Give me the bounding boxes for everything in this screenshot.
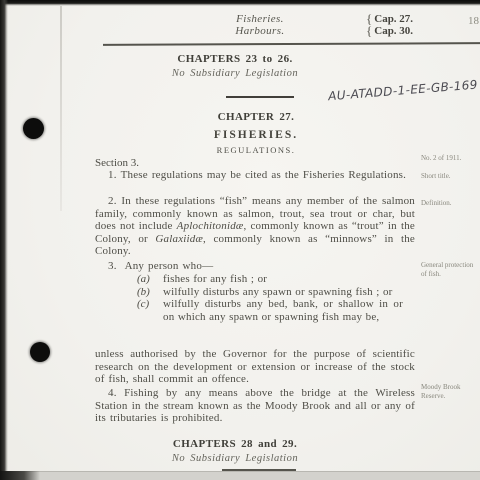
regulation-1-number: 1.: [108, 169, 117, 181]
fisheries-title: FISHERIES.: [95, 129, 417, 141]
regulation-3-continuation: unless authorised by the Governor for th…: [95, 348, 415, 386]
cap-ref-line-27: { Cap. 27.: [366, 13, 413, 25]
cap-references: { Cap. 27. { Cap. 30.: [366, 13, 413, 37]
scanned-document-page: Fisheries. Harbours. { Cap. 27. { Cap. 3…: [0, 0, 480, 480]
margin-note-definition: Definition.: [421, 199, 479, 208]
no-subsidiary-legislation-note-bottom: No Subsidiary Legislation: [75, 453, 395, 464]
punch-hole-top: [23, 118, 44, 139]
margin-note-short-title: Short title.: [421, 172, 479, 181]
separator-rule-top: [226, 96, 294, 98]
subitem-b-label: (b): [137, 286, 163, 299]
chapter-27-heading: CHAPTER 27.: [95, 111, 417, 123]
running-titles: Fisheries. Harbours.: [185, 13, 335, 37]
scan-bottom-band: [0, 471, 480, 480]
regulation-4-text: Fishing by any means above the bridge at…: [95, 387, 415, 424]
subitem-b-text: wilfully disturbs any spawn or spawning …: [163, 286, 403, 299]
handwritten-archive-code: AU-ATADD-1-EE-GB-169: [328, 77, 480, 104]
no-subsidiary-legislation-note: No Subsidiary Legislation: [75, 68, 395, 79]
subitem-a-text: fishes for any fish ; or: [163, 273, 403, 286]
scan-bottom-left-corner: [0, 471, 40, 480]
scan-left-edge: [0, 0, 8, 480]
regulation-2-paragraph: 2. In these regulations “fish” means any…: [95, 195, 415, 258]
subitem-c: (c) wilfully disturbs any bed, bank, or …: [95, 298, 415, 323]
brace-glyph: {: [366, 25, 372, 37]
section-label: Section 3.: [95, 157, 139, 169]
subitem-b: (b) wilfully disturbs any spawn or spawn…: [95, 286, 415, 299]
front-matter-block: CHAPTERS 23 to 26. No Subsidiary Legisla…: [75, 53, 395, 79]
separator-rule-bottom: [222, 469, 296, 471]
chapters-28-29-heading: CHAPTERS 28 and 29.: [75, 438, 395, 450]
subitem-a: (a) fishes for any fish ; or: [95, 273, 415, 286]
back-matter-block: CHAPTERS 28 and 29. No Subsidiary Legisl…: [75, 438, 395, 464]
subitem-a-label: (a): [137, 273, 163, 286]
subitem-c-text: wilfully disturbs any bed, bank, or shal…: [163, 298, 403, 323]
subitem-c-label: (c): [137, 298, 163, 323]
regulation-2-number: 2.: [108, 195, 117, 207]
header-rule: [103, 42, 480, 46]
regulation-1-text: These regulations may be cited as the Fi…: [121, 169, 406, 181]
margin-note-moody-brook: Moody Brook Reserve.: [421, 383, 479, 400]
regulation-3-intro: 3. Any person who—: [95, 260, 415, 273]
running-title-harbours: Harbours.: [185, 25, 335, 37]
punch-hole-bottom: [30, 342, 50, 362]
chapter-27-heading-block: CHAPTER 27. FISHERIES. REGULATIONS.: [95, 111, 417, 155]
regulation-4-paragraph: 4. Fishing by any means above the bridge…: [95, 387, 415, 425]
scan-top-edge: [0, 0, 480, 6]
species-name-aplochitonidae: Aplochitonidæ: [177, 220, 244, 232]
cap-ref-27: Cap. 27.: [374, 13, 413, 25]
regulation-3-number: 3.: [108, 260, 117, 272]
page-crease-line: [60, 6, 62, 211]
regulation-4-number: 4.: [108, 387, 117, 399]
cap-ref-30: Cap. 30.: [374, 25, 413, 37]
running-title-fisheries: Fisheries.: [185, 13, 335, 25]
page-number: 18: [468, 15, 480, 27]
species-name-galaxiidae: Galaxiidæ: [155, 233, 203, 245]
regulations-subtitle: REGULATIONS.: [95, 145, 417, 155]
cap-ref-line-30: { Cap. 30.: [366, 25, 413, 37]
chapters-23-26-heading: CHAPTERS 23 to 26.: [75, 53, 395, 65]
regulation-3-intro-text: Any person who—: [125, 260, 214, 272]
regulation-1-paragraph: 1. These regulations may be cited as the…: [95, 169, 415, 182]
margin-note-ordinance-ref: No. 2 of 1911.: [421, 154, 479, 163]
margin-note-general-protection: General protection of fish.: [421, 261, 479, 278]
regulation-3-subitems: (a) fishes for any fish ; or (b) wilfull…: [95, 273, 415, 323]
